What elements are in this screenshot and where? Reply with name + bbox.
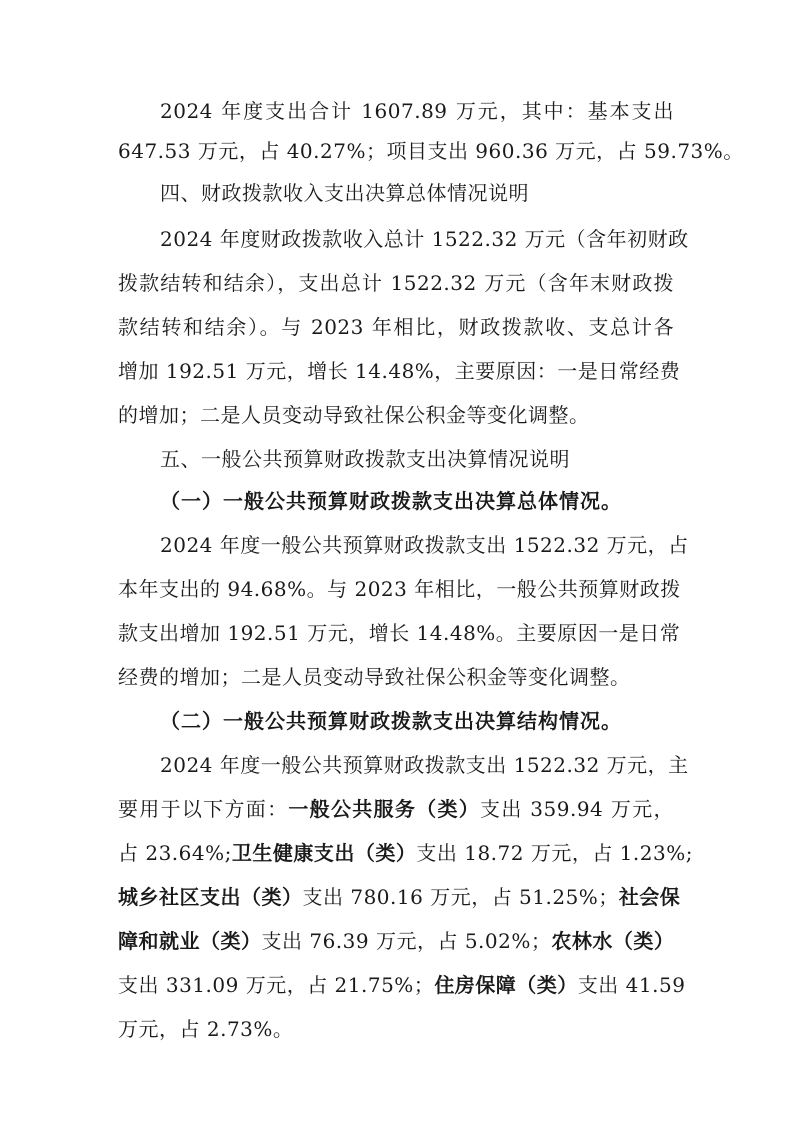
text-run: 要用于以下方面： [118, 797, 288, 821]
subsection-heading-2: （二）一般公共预算财政拨款支出决算结构情况。 [160, 706, 622, 736]
subsection-heading-1: （一）一般公共预算财政拨款支出决算总体情况。 [160, 486, 622, 516]
text-run: 支出 41.59 [578, 973, 686, 997]
text-run: 支出 780.16 万元，占 51.25%； [303, 885, 619, 909]
text-run: 支出 331.09 万元，占 21.75%； [118, 973, 434, 997]
text-run: 占 23.64%; [118, 841, 232, 865]
paragraph-line: 支出 331.09 万元，占 21.75%；住房保障（类）支出 41.59 [118, 970, 674, 1000]
text-run: 支出 18.72 万元，占 1.23%; [416, 841, 693, 865]
paragraph-line: 城乡社区支出（类）支出 780.16 万元，占 51.25%；社会保 [118, 882, 674, 912]
category-label-social-security-cont: 障和就业（类） [118, 929, 262, 953]
category-label-health: 卫生健康支出（类） [232, 841, 417, 865]
category-label-urban-rural-community: 城乡社区支出（类） [118, 885, 303, 909]
paragraph-line: 款结转和结余）。与 2023 年相比，财政拨款收、支总计各 [118, 312, 674, 342]
paragraph-line: 的增加；二是人员变动导致社保公积金等变化调整。 [118, 400, 590, 430]
section-heading-5: 五、一般公共预算财政拨款支出决算情况说明 [160, 444, 570, 474]
paragraph-line: 款支出增加 192.51 万元，增长 14.48%。主要原因一是日常 [118, 618, 674, 648]
text-run: 支出 359.94 万元， [480, 797, 674, 821]
category-label-agriculture: 农林水（类） [551, 929, 674, 953]
paragraph-line: 647.53 万元，占 40.27%；项目支出 960.36 万元，占 59.7… [118, 136, 744, 166]
paragraph-line: 要用于以下方面：一般公共服务（类）支出 359.94 万元， [118, 794, 674, 824]
section-heading-4: 四、财政拨款收入支出决算总体情况说明 [160, 178, 529, 208]
paragraph-line: 占 23.64%;卫生健康支出（类）支出 18.72 万元，占 1.23%; [118, 838, 674, 868]
paragraph-line: 增加 192.51 万元，增长 14.48%，主要原因：一是日常经费 [118, 356, 674, 386]
paragraph-line: 2024 年度一般公共预算财政拨款支出 1522.32 万元，主 [160, 750, 674, 780]
paragraph-line: 经费的增加；二是人员变动导致社保公积金等变化调整。 [118, 662, 631, 692]
category-label-general-public-services: 一般公共服务（类） [288, 797, 480, 821]
paragraph-line: 2024 年度财政拨款收入总计 1522.32 万元（含年初财政 [160, 224, 674, 254]
paragraph-line: 障和就业（类）支出 76.39 万元，占 5.02%；农林水（类） [118, 926, 674, 956]
paragraph-line: 2024 年度支出合计 1607.89 万元，其中：基本支出 [160, 96, 674, 126]
paragraph-line: 万元，占 2.73%。 [118, 1014, 293, 1044]
paragraph-line: 拨款结转和结余），支出总计 1522.32 万元（含年末财政拨 [118, 268, 674, 298]
category-label-social-security: 社会保 [619, 885, 681, 909]
text-run: 支出 76.39 万元，占 5.02%； [262, 929, 552, 953]
paragraph-line: 本年支出的 94.68%。与 2023 年相比，一般公共预算财政拨 [118, 574, 674, 604]
paragraph-line: 2024 年度一般公共预算财政拨款支出 1522.32 万元，占 [160, 530, 674, 560]
category-label-housing: 住房保障（类） [434, 973, 578, 997]
